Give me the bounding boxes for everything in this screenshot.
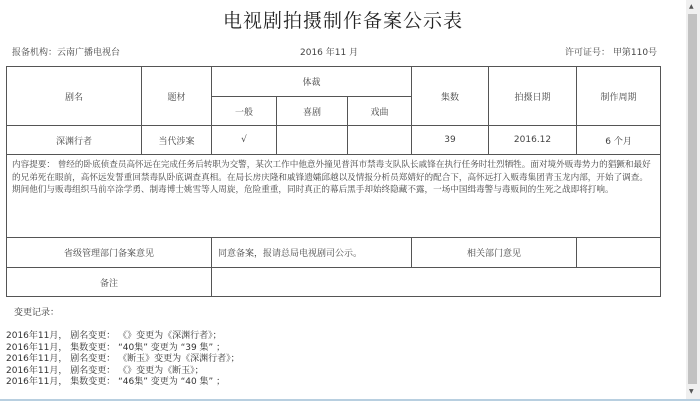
list-item: 2016年11月， 集数变更： “40集” 变更为 “39 集” ； bbox=[6, 343, 240, 355]
header-genre-general: 一般 bbox=[212, 97, 277, 126]
header-episodes: 集数 bbox=[412, 67, 489, 126]
header-name: 剧名 bbox=[7, 67, 142, 126]
page-title: 电视剧拍摄制作备案公示表 bbox=[0, 6, 686, 33]
list-item: 2016年11月， 剧名变更： 《》变更为《深渊行者》； bbox=[6, 331, 240, 343]
cell-opera bbox=[348, 126, 412, 155]
content-summary: 内容提要： 曾经的卧底侦查员高怀远在完成任务后转职为交警，某次工作中他意外撞见普… bbox=[7, 155, 661, 238]
vertical-scrollbar[interactable]: ▲ ▼ bbox=[686, 0, 700, 399]
cell-subject: 当代涉案 bbox=[142, 126, 212, 155]
cell-episodes: 39 bbox=[412, 126, 489, 155]
header-genre-comedy: 喜剧 bbox=[277, 97, 348, 126]
cell-name: 深渊行者 bbox=[7, 126, 142, 155]
list-item: 2016年11月， 集数变更： “46集” 变更为 “40 集” ； bbox=[6, 377, 240, 389]
table-row: 深渊行者 当代涉案 √ 39 2016.12 6 个月 bbox=[7, 126, 661, 155]
scroll-down-arrow-icon[interactable]: ▼ bbox=[689, 388, 694, 395]
change-log-list: 2016年11月， 剧名变更： 《》变更为《深渊行者》； 2016年11月， 集… bbox=[6, 331, 240, 389]
license-number: 许可证号： 甲第110号 bbox=[565, 45, 657, 58]
report-date: 2016 年11 月 bbox=[300, 45, 358, 58]
cell-cycle: 6 个月 bbox=[577, 126, 661, 155]
scroll-up-arrow-icon[interactable]: ▲ bbox=[689, 3, 694, 10]
provincial-opinion-label: 省级管理部门备案意见 bbox=[7, 238, 212, 268]
cell-general: √ bbox=[212, 126, 277, 155]
header-subject: 题材 bbox=[142, 67, 212, 126]
header-genre: 体裁 bbox=[212, 67, 412, 97]
scroll-thumb[interactable] bbox=[688, 14, 697, 384]
remarks-label: 备注 bbox=[7, 268, 212, 297]
cell-comedy bbox=[277, 126, 348, 155]
reporting-org: 报备机构：云南广播电视台 bbox=[12, 45, 120, 58]
remarks-value bbox=[212, 268, 661, 297]
document-page: 电视剧拍摄制作备案公示表 报备机构：云南广播电视台 2016 年11 月 许可证… bbox=[0, 0, 686, 399]
related-opinion-label: 相关部门意见 bbox=[412, 238, 577, 268]
provincial-opinion-value: 同意备案，报请总局电视剧司公示。 bbox=[212, 238, 412, 268]
list-item: 2016年11月， 剧名变更： 《》变更为《断玉》； bbox=[6, 366, 240, 378]
header-genre-opera: 戏曲 bbox=[348, 97, 412, 126]
related-opinion-value bbox=[577, 238, 661, 268]
list-item: 2016年11月， 剧名变更： 《断玉》变更为《深渊行者》； bbox=[6, 354, 240, 366]
cell-shoot-date: 2016.12 bbox=[489, 126, 577, 155]
filing-table: 剧名 题材 体裁 集数 拍摄日期 制作周期 一般 喜剧 戏曲 深渊行者 当代涉案… bbox=[6, 66, 661, 297]
change-log-header: 变更记录： bbox=[14, 305, 59, 318]
header-cycle: 制作周期 bbox=[577, 67, 661, 126]
header-shoot-date: 拍摄日期 bbox=[489, 67, 577, 126]
